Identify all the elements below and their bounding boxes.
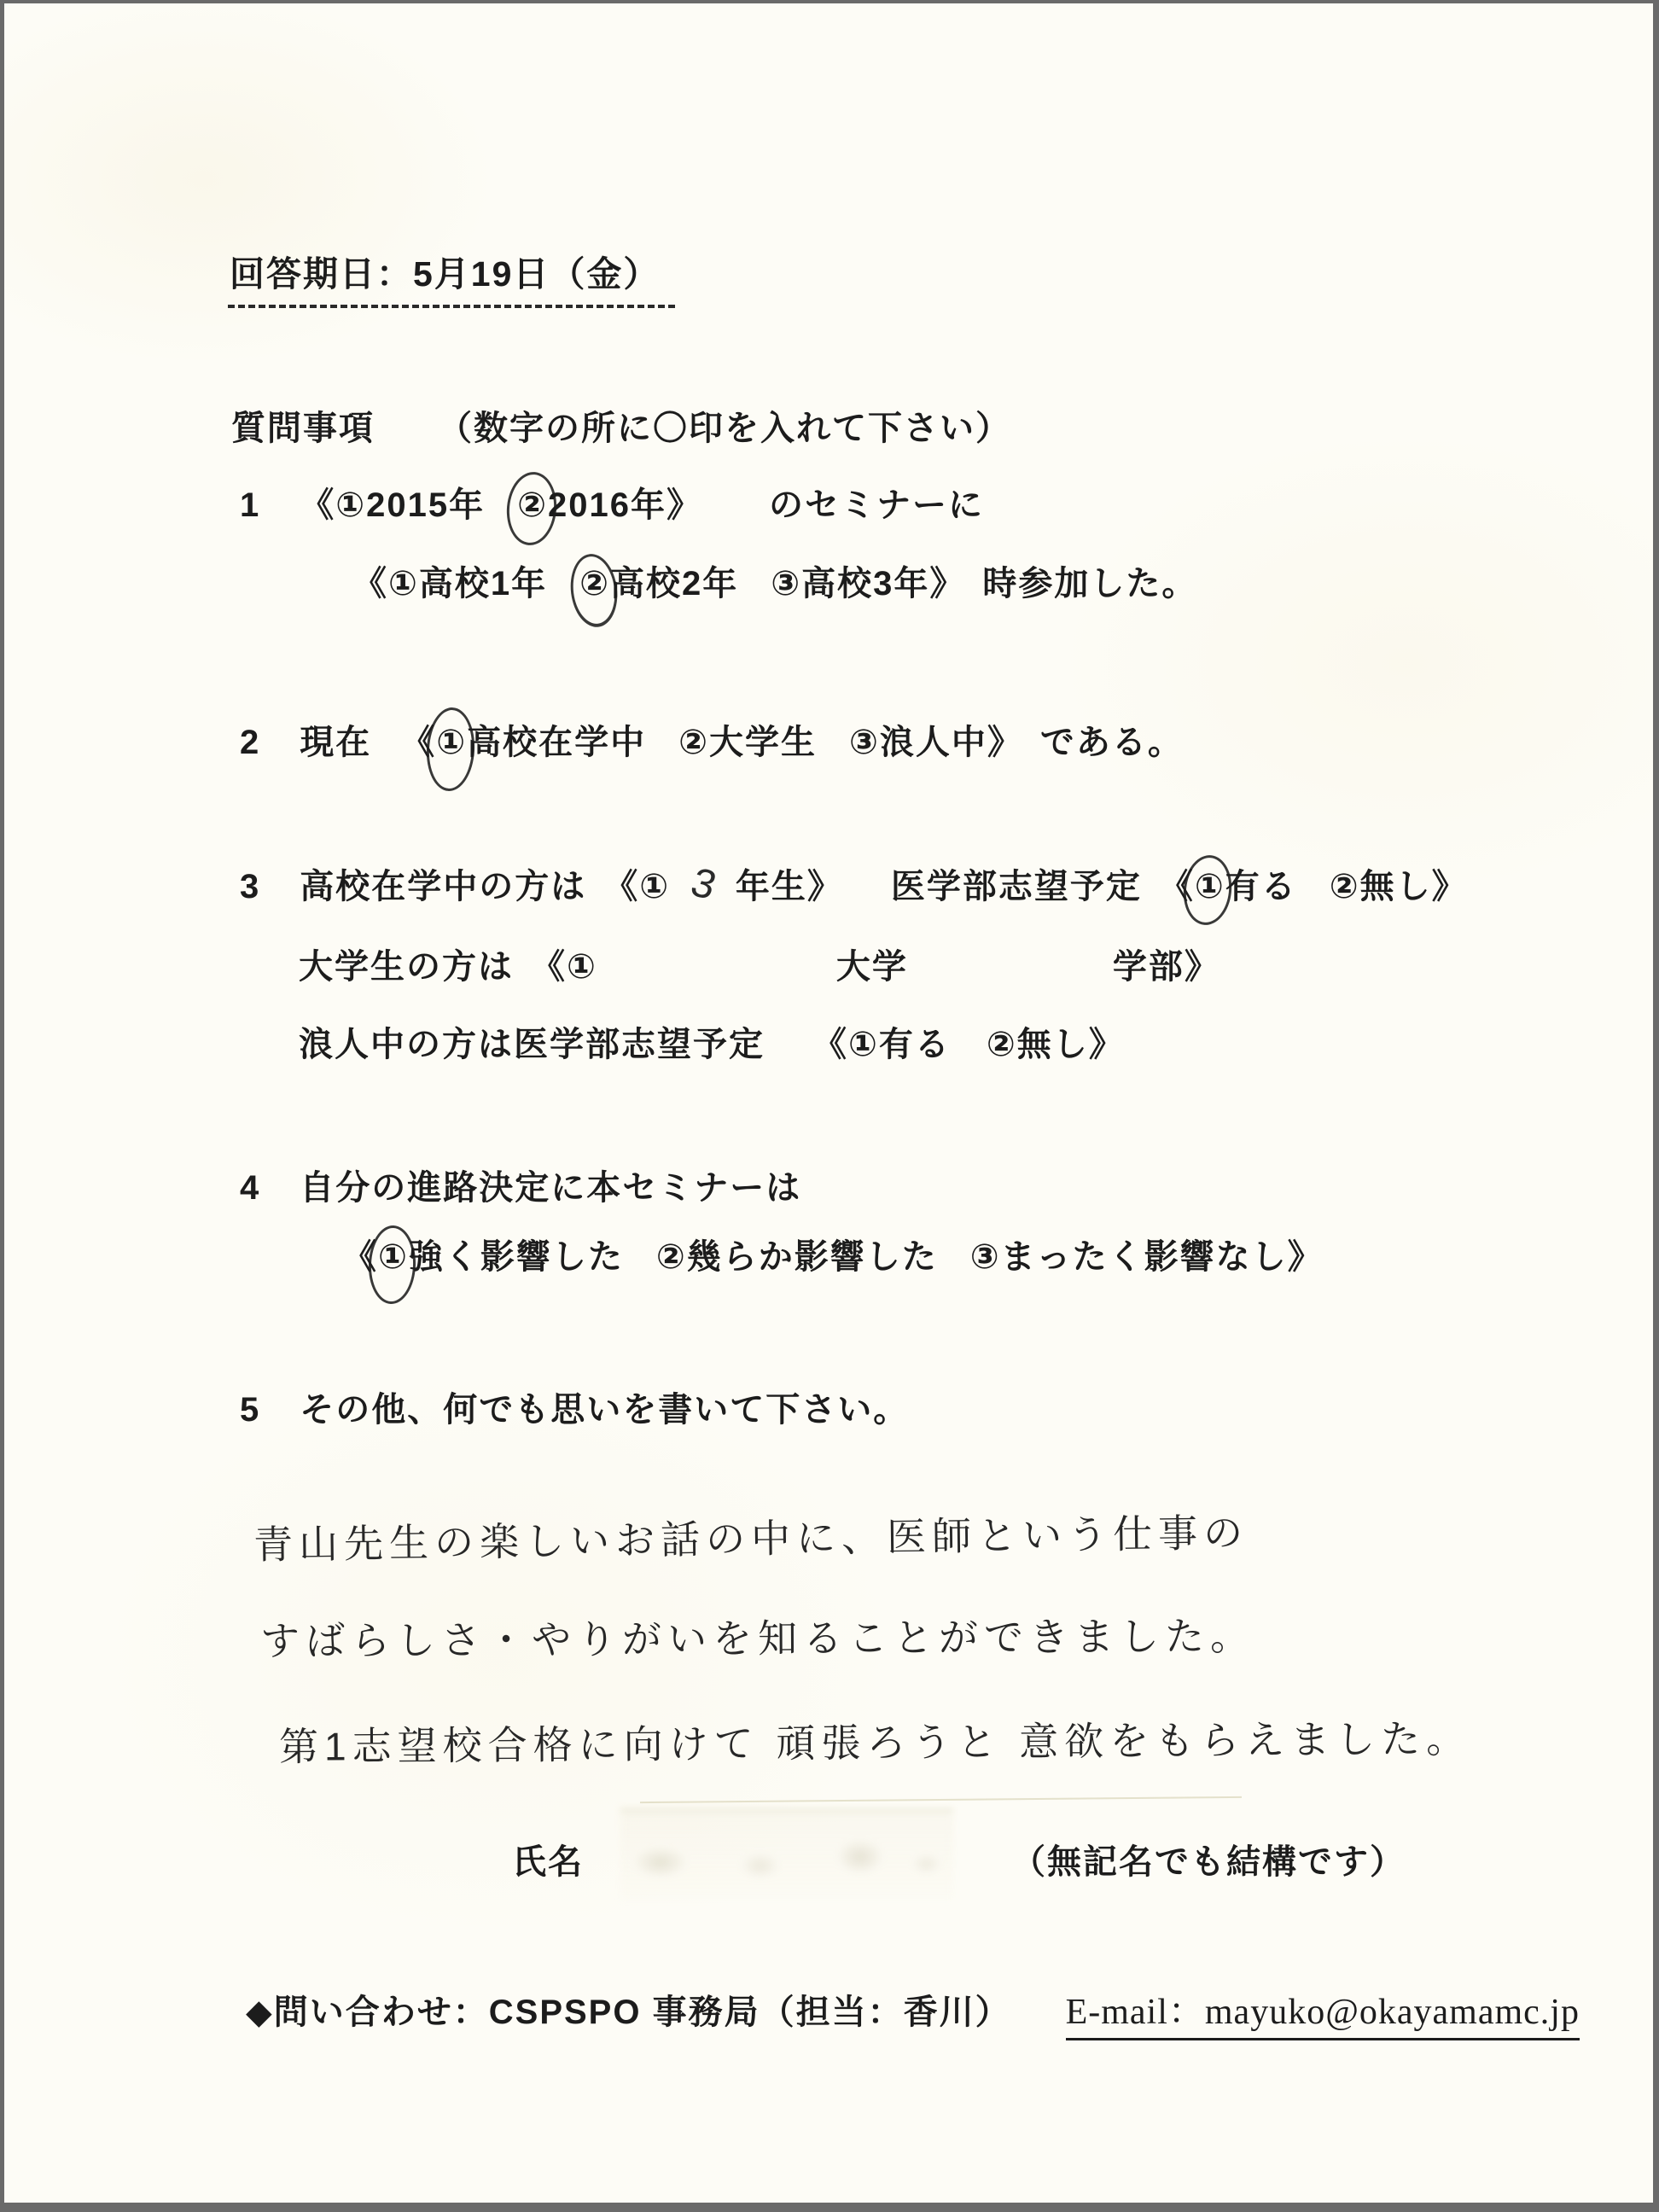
handwritten-grade-value: 3 — [685, 859, 724, 910]
q3-grade-close: 年生》 — [736, 859, 843, 908]
q4-option-3: ③まったく影響なし》 — [970, 1230, 1324, 1278]
q2-tail: である。 — [1040, 715, 1184, 764]
q3-ronin-options: 《①有る ②無し》 — [812, 1017, 1125, 1066]
question-4-line-1: 4自分の進路決定に本セミナーは — [240, 1161, 801, 1209]
questions-header: 質問事項（数字の所に〇印を入れて下さい） — [231, 401, 1011, 450]
contact-office-text: ◆問い合わせ：CSPSPO 事務局（担当：香川） — [246, 1985, 1011, 2034]
q2-open-bracket: 《 — [400, 715, 436, 764]
q1-option-grade2-marker: ② — [579, 565, 610, 602]
q4-open-bracket: 《 — [342, 1230, 378, 1278]
redacted-name-smudge — [620, 1809, 953, 1900]
hand-drawn-circle: ① — [1195, 867, 1225, 906]
anonymous-ok-note: （無記名でも結構です） — [1011, 1835, 1406, 1883]
q2-lead: 現在 — [300, 715, 371, 764]
question-2-line: 2現在《①高校在学中②大学生③浪人中》である。 — [240, 715, 1184, 764]
q1-line2-tail: 時参加した。 — [982, 556, 1197, 605]
q3-university-open: 《① — [531, 940, 597, 988]
question-1-number: 1 — [240, 486, 260, 525]
question-3-line-2: 大学生の方は《①大学学部》 — [299, 940, 1220, 988]
handwritten-response-line-3: 第1志望校合格に向けて 頑張ろうと 意欲をもらえました。 — [279, 1708, 1472, 1773]
name-field-label: 氏名 — [512, 1835, 584, 1883]
q5-text: その他、何でも思いを書いて下さい。 — [300, 1382, 909, 1431]
hand-drawn-circle: ① — [378, 1237, 409, 1277]
q3-option-yes-label: 有る — [1225, 859, 1297, 908]
handwritten-response-line-1: 青山先生の楽しいお話の中に、医師という仕事の — [253, 1502, 1249, 1570]
question-5-line: 5その他、何でも思いを書いて下さい。 — [240, 1382, 909, 1431]
scanned-questionnaire-page: 回答期日：5月19日（金） 質問事項（数字の所に〇印を入れて下さい） 1《①20… — [4, 3, 1653, 2203]
question-1-line-2: 《①高校1年②高校2年③高校3年》時参加した。 — [352, 556, 1197, 605]
q3-open-bracket-2: 《 — [1159, 859, 1195, 908]
question-1-line-1: 1《①2015年②2016年》のセミナーに — [240, 478, 984, 527]
q1-option-2016-marker: ② — [517, 486, 548, 524]
q3-university-label: 大学 — [836, 940, 908, 988]
q1-option-grade3: ③高校3年》 — [771, 556, 965, 605]
question-2-number: 2 — [240, 724, 260, 762]
hand-drawn-circle: ① — [436, 723, 467, 762]
q3-ronin-lead: 浪人中の方は医学部志望予定 — [299, 1017, 765, 1066]
footer-contact-line: ◆問い合わせ：CSPSPO 事務局（担当：香川）E-mail：mayuko@ok… — [246, 1983, 1580, 2040]
q2-option-3: ③浪人中》 — [849, 715, 1023, 764]
q1-option-2016-label: 2016年》 — [548, 478, 702, 527]
q4-option-1-marker: ① — [378, 1238, 409, 1276]
questions-header-title: 質問事項 — [231, 401, 375, 450]
q3-grade-open: 《① — [603, 859, 670, 908]
question-4-number: 4 — [240, 1169, 260, 1208]
q3-university-lead: 大学生の方は — [299, 940, 514, 988]
q1-tail: のセミナーに — [769, 478, 984, 527]
q2-option-1-marker: ① — [436, 724, 467, 761]
q3-option-yes-marker: ① — [1195, 868, 1225, 905]
q3-option-no: ②無し》 — [1330, 859, 1468, 908]
questions-header-instruction: （数字の所に〇印を入れて下さい） — [438, 401, 1011, 450]
q1-option-grade1: 《①高校1年 — [352, 556, 547, 605]
q1-option-2015: 《①2015年 — [300, 478, 485, 527]
q4-option-2: ②幾らか影響した — [656, 1230, 938, 1278]
scan-fold-line — [640, 1796, 1242, 1803]
question-3-line-1: 3高校在学中の方は《①3年生》医学部志望予定《①有る②無し》 — [240, 859, 1468, 908]
question-3-number: 3 — [240, 868, 260, 906]
q4-option-1-label: 強く影響した — [409, 1230, 624, 1278]
q3-department-label: 学部》 — [1113, 940, 1220, 988]
q3-lead: 高校在学中の方は — [300, 859, 586, 908]
hand-drawn-circle: ② — [517, 486, 548, 525]
contact-email-text: E-mail：mayuko@okayamamc.jp — [1066, 1983, 1580, 2040]
q4-lead: 自分の進路決定に本セミナーは — [300, 1161, 801, 1209]
handwritten-response-line-2: すばらしさ・やりがいを知ることができました。 — [260, 1605, 1255, 1667]
deadline-text: 回答期日：5月19日（金） — [228, 246, 675, 308]
q1-option-grade2-label: 高校2年 — [610, 556, 738, 605]
question-5-number: 5 — [240, 1391, 260, 1429]
question-3-line-3: 浪人中の方は医学部志望予定《①有る ②無し》 — [299, 1017, 1125, 1066]
q2-option-2: ②大学生 — [678, 715, 817, 764]
question-4-line-2: 《①強く影響した②幾らか影響した③まったく影響なし》 — [342, 1230, 1324, 1278]
hand-drawn-circle: ② — [579, 564, 610, 603]
q3-med-intent-label: 医学部志望予定 — [891, 859, 1142, 908]
q2-option-1-label: 高校在学中 — [467, 715, 646, 764]
